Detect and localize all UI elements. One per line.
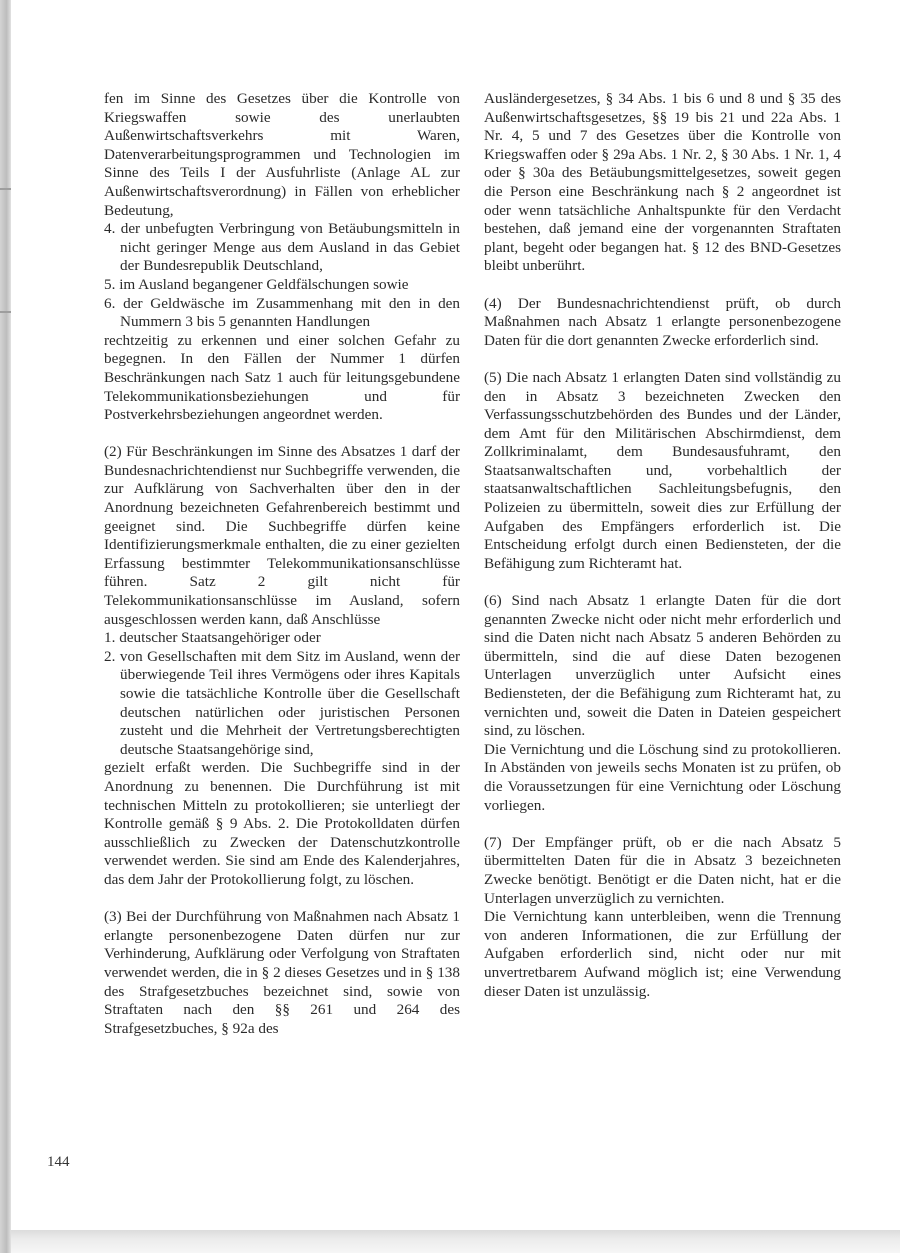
paragraph-6: (6) Sind nach Absatz 1 erlangte Daten fü… [484, 592, 841, 741]
scan-binding-mark [0, 188, 11, 190]
paragraph-2: (2) Für Beschränkungen im Sinne des Absa… [104, 443, 460, 889]
paragraph-6-b: Die Vernichtung und die Löschung sind zu… [484, 741, 841, 815]
scan-binding-mark [0, 311, 11, 313]
paragraph-3: (3) Bei der Durchführung von Maßnahmen n… [104, 908, 460, 1038]
list-item-5: 5. im Ausland begangener Geldfälschungen… [104, 276, 460, 295]
paragraph-4: (4) Der Bundesnachrichtendienst prüft, o… [484, 295, 841, 351]
intro-text: fen im Sinne des Gesetzes über die Kontr… [104, 90, 460, 220]
paragraph-2-tail: gezielt erfaßt werden. Die Suchbegriffe … [104, 759, 460, 889]
paragraph-3-continuation: Ausländergesetzes, § 34 Abs. 1 bis 6 und… [484, 90, 841, 276]
list-item-6: 6. der Geldwäsche im Zusammenhang mit de… [104, 295, 460, 332]
paragraph-1-continuation: fen im Sinne des Gesetzes über die Kontr… [104, 90, 460, 425]
list-item-4: 4. der unbefugten Verbringung von Betäub… [104, 220, 460, 276]
scan-bottom-edge [11, 1230, 900, 1253]
list-item-1: 1. deutscher Staatsangehöriger oder [104, 629, 460, 648]
paragraph-5: (5) Die nach Absatz 1 erlangten Daten si… [484, 369, 841, 574]
right-column: Ausländergesetzes, § 34 Abs. 1 bis 6 und… [484, 90, 841, 1020]
paragraph-7: (7) Der Empfänger prüft, ob er die nach … [484, 834, 841, 908]
list-item-2: 2. von Gesellschaften mit dem Sitz im Au… [104, 648, 460, 760]
items-tail-text: rechtzeitig zu erkennen und einer solche… [104, 332, 460, 425]
paragraph-7-b: Die Vernichtung kann unterbleiben, wenn … [484, 908, 841, 1001]
page-number: 144 [47, 1154, 70, 1171]
left-column: fen im Sinne des Gesetzes über die Kontr… [104, 90, 460, 1057]
paragraph-2-intro: (2) Für Beschränkungen im Sinne des Absa… [104, 443, 460, 629]
